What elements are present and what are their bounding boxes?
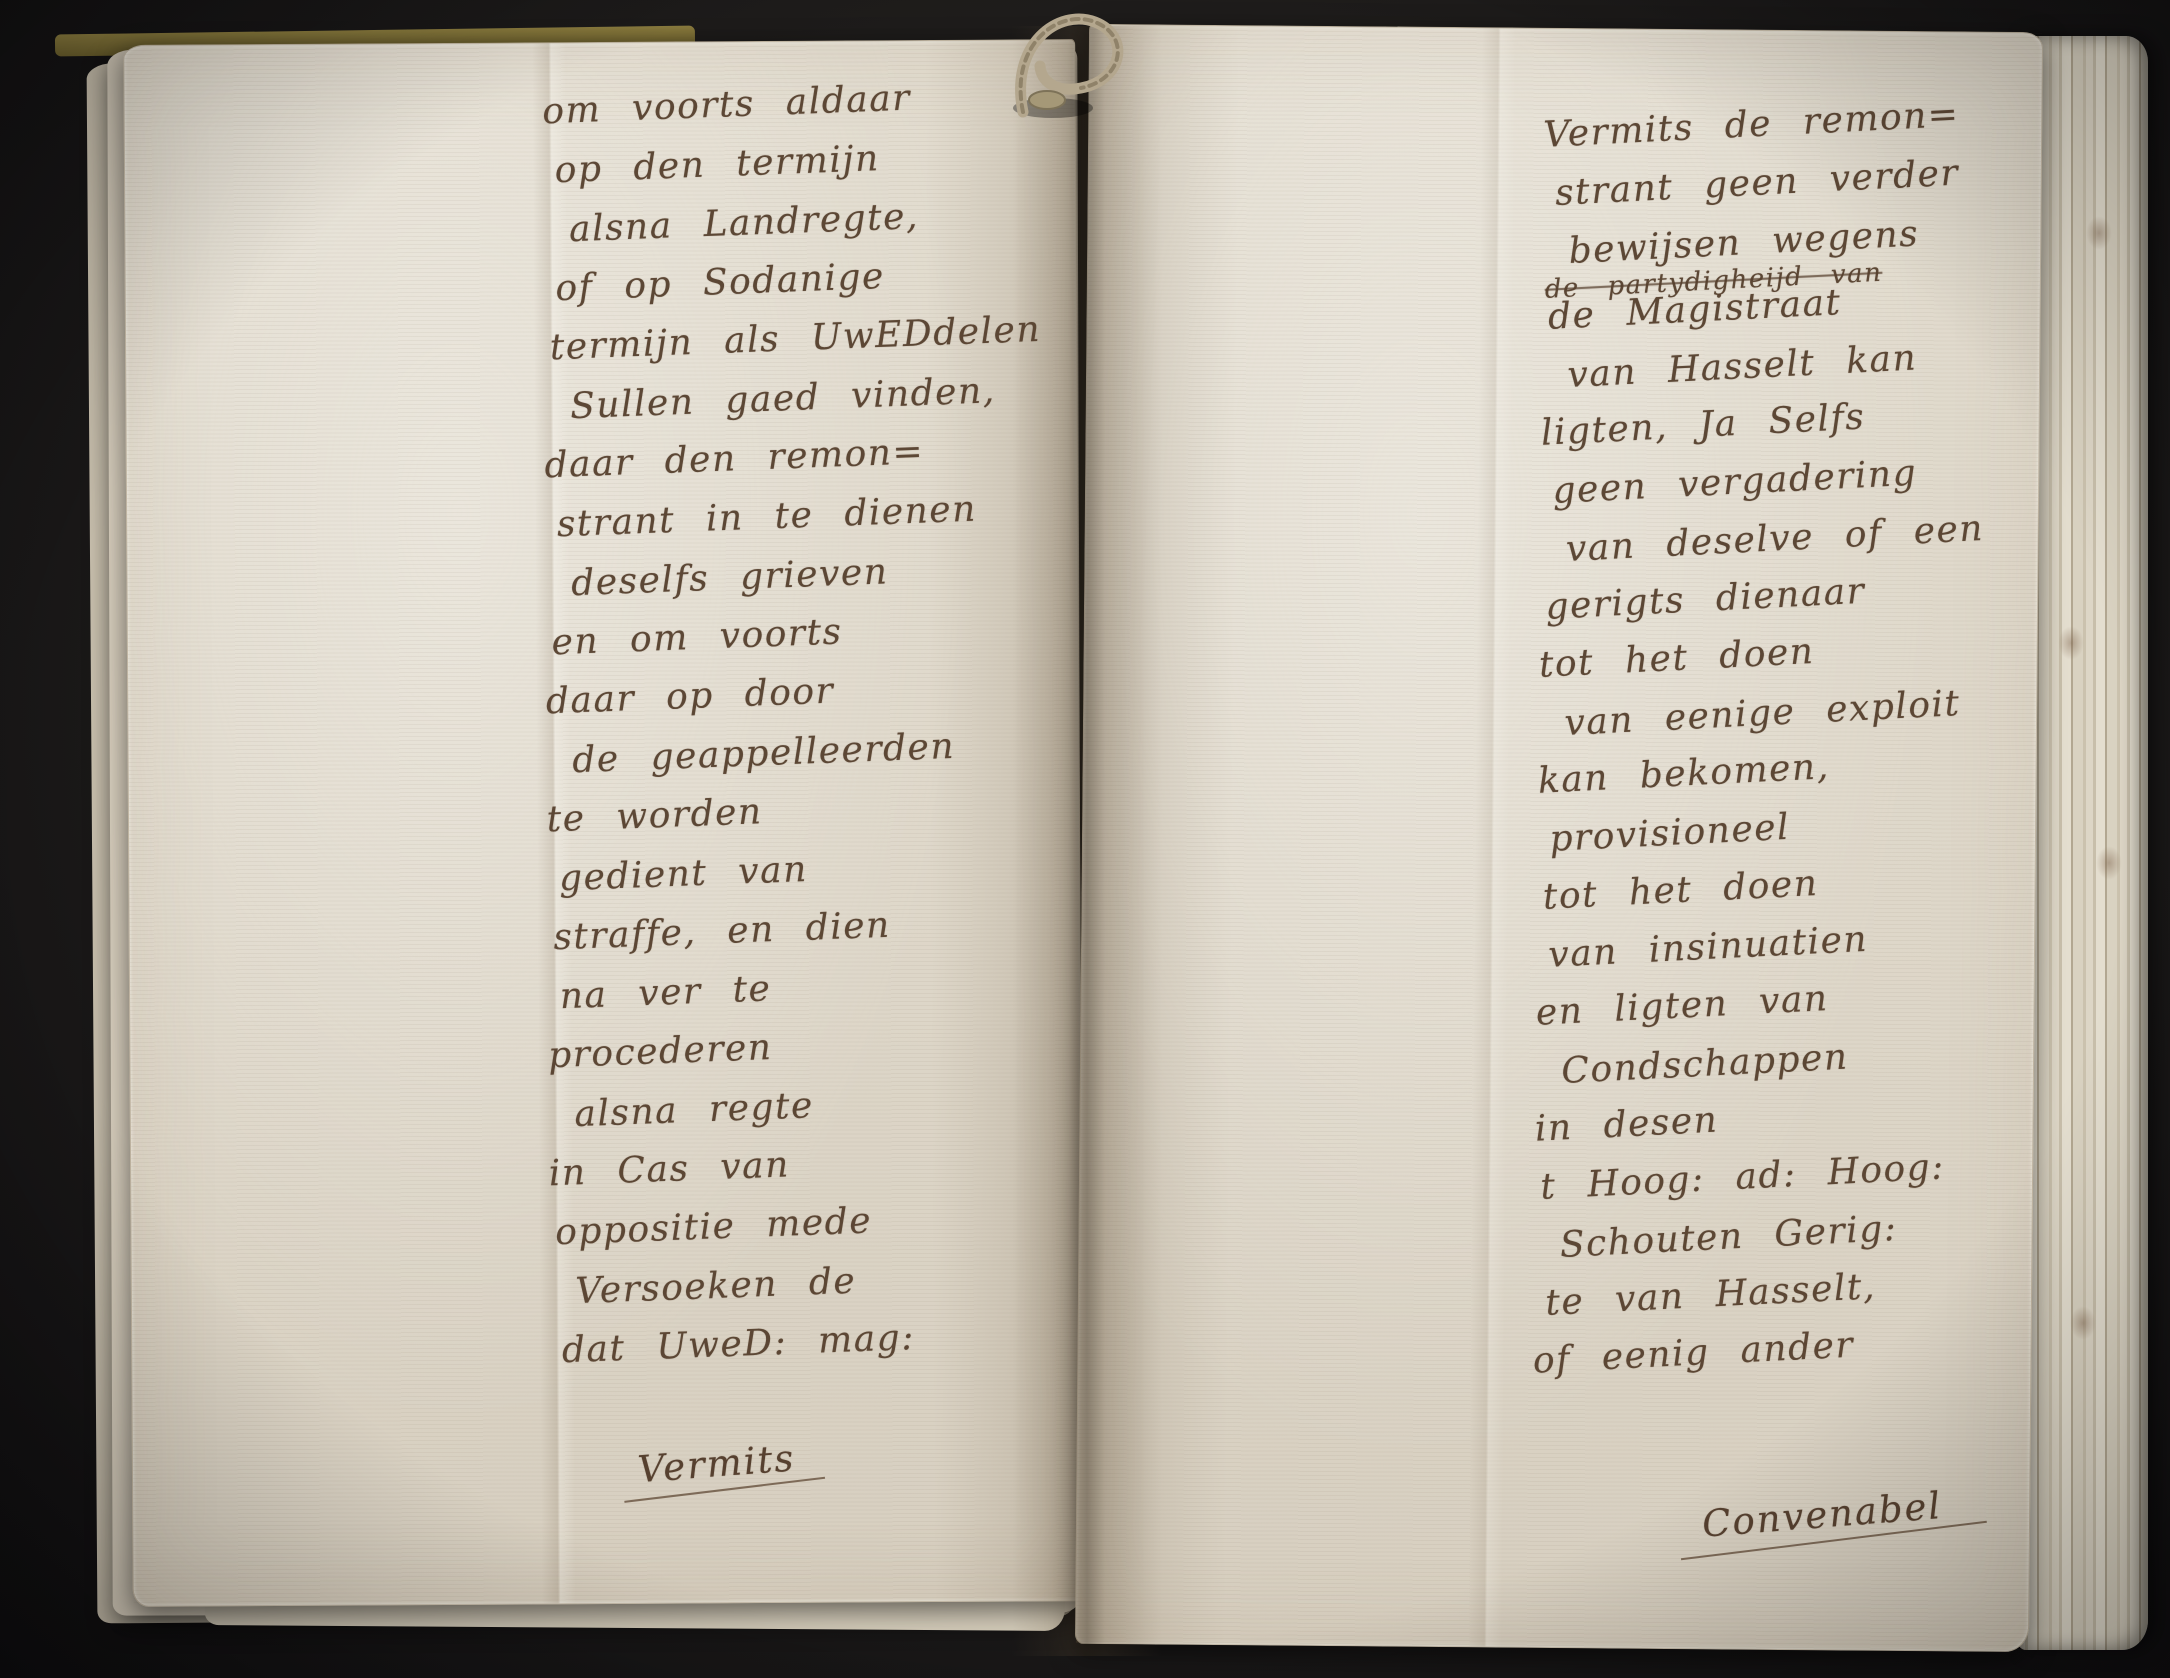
right-page: Vermits de remon=strant geen verderbewij… xyxy=(1075,24,2043,1652)
left-page-text: om voorts aldaarop den termijnalsna Land… xyxy=(543,88,1061,1389)
fold-crease xyxy=(1468,28,1516,1646)
ink-smudge xyxy=(2058,626,2084,660)
catchword: Vermits xyxy=(636,1436,797,1497)
ink-smudge xyxy=(2070,1306,2096,1340)
manuscript-photo: om voorts aldaarop den termijnalsna Land… xyxy=(0,0,2170,1678)
left-page: om voorts aldaarop den termijnalsna Land… xyxy=(123,39,1085,1607)
gutter-shading xyxy=(1076,25,1240,1644)
ink-smudge xyxy=(2086,216,2112,250)
right-page-text: Vermits de remon=strant geen verderbewij… xyxy=(1533,115,2054,1403)
ink-smudge xyxy=(2096,846,2122,880)
catchword: Convenabel xyxy=(1701,1484,1945,1552)
